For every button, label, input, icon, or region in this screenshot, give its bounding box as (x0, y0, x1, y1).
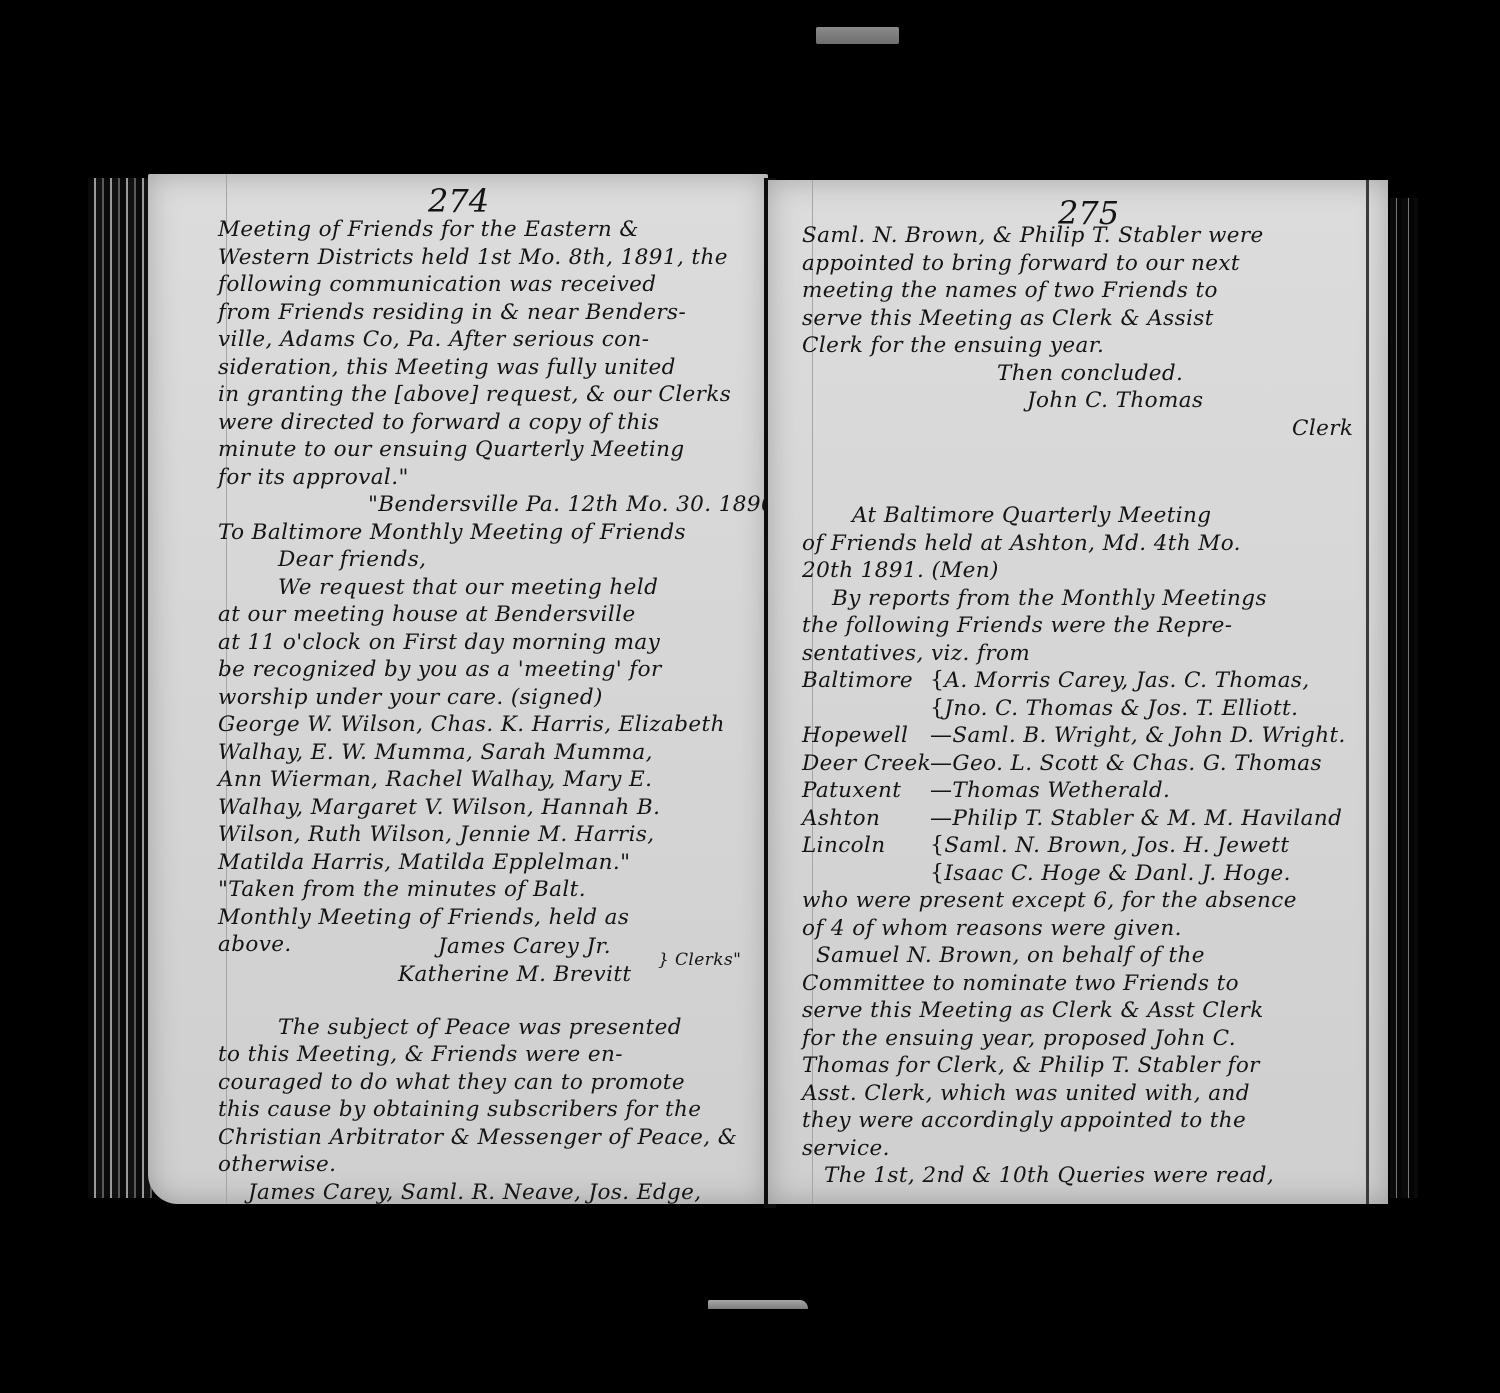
text-line: Christian Arbitrator & Messenger of Peac… (218, 1124, 763, 1152)
representative-names: Saml. N. Brown, Jos. H. Jewett (944, 832, 1372, 860)
letter-address: To Baltimore Monthly Meeting of Friends (218, 519, 763, 547)
text-line: appointed to bring forward to our next (802, 250, 1372, 278)
signatories-line: Matilda Harris, Matilda Epplelman." (218, 849, 763, 877)
clerks-label: } Clerks" (658, 947, 741, 975)
text-line: of 4 of whom reasons were given. (802, 915, 1372, 943)
text-line: We request that our meeting held (218, 574, 763, 602)
representative-names: Jno. C. Thomas & Jos. T. Elliott. (944, 695, 1372, 723)
signatories-line: Wilson, Ruth Wilson, Jennie M. Harris, (218, 821, 763, 849)
representative-names: A. Morris Carey, Jas. C. Thomas, (944, 667, 1372, 695)
text-line: following communication was received (218, 271, 763, 299)
text-line: sideration, this Meeting was fully unite… (218, 354, 763, 382)
page-number-left: 274 (428, 182, 489, 220)
text-line: for its approval." (218, 464, 763, 492)
dash-separator: — (930, 750, 952, 778)
representatives-list: Baltimore { A. Morris Carey, Jas. C. Tho… (802, 667, 1372, 887)
text-line: couraged to do what they can to promote (218, 1069, 763, 1097)
text-line: were directed to forward a copy of this (218, 409, 763, 437)
representative-row: Deer Creek — Geo. L. Scott & Chas. G. Th… (802, 750, 1372, 778)
book-edge-right (1390, 198, 1418, 1198)
monthly-meeting-name (802, 860, 930, 888)
text-line: Meeting of Friends for the Eastern & (218, 216, 763, 244)
representative-names: Geo. L. Scott & Chas. G. Thomas (952, 750, 1372, 778)
scan-bottom-tab (708, 1300, 808, 1309)
text-line: this cause by obtaining subscribers for … (218, 1096, 763, 1124)
text-line: to this Meeting, & Friends were en- (218, 1041, 763, 1069)
text-line: By reports from the Monthly Meetings (802, 585, 1372, 613)
scan-top-tab (816, 27, 899, 44)
brace-separator: { (930, 667, 944, 695)
text-line: from Friends residing in & near Benders- (218, 299, 763, 327)
left-page: 274 Meeting of Friends for the Eastern &… (148, 174, 768, 1204)
brace-separator: { (930, 860, 944, 888)
text-line: serve this Meeting as Clerk & Asst Clerk (802, 997, 1372, 1025)
text-line: Thomas for Clerk, & Philip T. Stabler fo… (802, 1052, 1372, 1080)
book-edge-left (88, 178, 152, 1198)
signatories-line: Walhay, Margaret V. Wilson, Hannah B. (218, 794, 763, 822)
open-ledger-book: 274 Meeting of Friends for the Eastern &… (88, 168, 1418, 1228)
right-page-text: Saml. N. Brown, & Philip T. Stabler were… (802, 222, 1372, 1190)
dash-separator: — (930, 722, 952, 750)
text-line: James Carey, Saml. R. Neave, Jos. Edge, (218, 1179, 763, 1207)
text-line: minute to our ensuing Quarterly Meeting (218, 436, 763, 464)
text-line: The 1st, 2nd & 10th Queries were read, (802, 1162, 1372, 1190)
signatories-line: Ann Wierman, Rachel Walhay, Mary E. (218, 766, 763, 794)
text-line: serve this Meeting as Clerk & Assist (802, 305, 1372, 333)
text-line: Saml. N. Brown, & Philip T. Stabler were (802, 222, 1372, 250)
representative-row: Patuxent — Thomas Wetherald. (802, 777, 1372, 805)
text-line: who were present except 6, for the absen… (802, 887, 1372, 915)
text-line: "Taken from the minutes of Balt. (218, 876, 763, 904)
text-line: Committee to nominate two Friends to (802, 970, 1372, 998)
text-line: be recognized by you as a 'meeting' for (218, 656, 763, 684)
monthly-meeting-name: Baltimore (802, 667, 930, 695)
text-line: in granting the [above] request, & our C… (218, 381, 763, 409)
meeting-heading: At Baltimore Quarterly Meeting (802, 502, 1372, 530)
monthly-meeting-name: Deer Creek (802, 750, 930, 778)
monthly-meeting-name: Patuxent (802, 777, 930, 805)
text-line: Monthly Meeting of Friends, held as (218, 904, 763, 932)
meeting-heading: of Friends held at Ashton, Md. 4th Mo. (802, 530, 1372, 558)
signatories-line: Walhay, E. W. Mumma, Sarah Mumma, (218, 739, 763, 767)
text-line: they were accordingly appointed to the (802, 1107, 1372, 1135)
representative-row: { Jno. C. Thomas & Jos. T. Elliott. (802, 695, 1372, 723)
clerk-signature: John C. Thomas (802, 387, 1372, 415)
section-gap (802, 442, 1372, 502)
right-page: 275 Saml. N. Brown, & Philip T. Stabler … (768, 180, 1388, 1204)
representative-row: Hopewell — Saml. B. Wright, & John D. Wr… (802, 722, 1372, 750)
monthly-meeting-name (802, 695, 930, 723)
representative-row: Lincoln { Saml. N. Brown, Jos. H. Jewett (802, 832, 1372, 860)
dash-separator: — (930, 777, 952, 805)
representative-names: Saml. B. Wright, & John D. Wright. (952, 722, 1372, 750)
representative-names: Thomas Wetherald. (952, 777, 1372, 805)
text-line: the following Friends were the Repre- (802, 612, 1372, 640)
text-line: at 11 o'clock on First day morning may (218, 629, 763, 657)
clerk-title: Clerk (802, 415, 1372, 443)
text-line: ville, Adams Co, Pa. After serious con- (218, 326, 763, 354)
text-line: Clerk for the ensuing year. (802, 332, 1372, 360)
clerks-block: James Carey Jr. Katherine M. Brevitt } C… (218, 959, 763, 1014)
text-line: worship under your care. (signed) (218, 684, 763, 712)
text-line: The subject of Peace was presented (218, 1014, 763, 1042)
letter-dateline: "Bendersville Pa. 12th Mo. 30. 1890 (218, 491, 763, 519)
clerk-name: James Carey Jr. (438, 933, 611, 961)
text-line: Asst. Clerk, which was united with, and (802, 1080, 1372, 1108)
representative-row: { Isaac C. Hoge & Danl. J. Hoge. (802, 860, 1372, 888)
representative-names: Philip T. Stabler & M. M. Haviland (952, 805, 1372, 833)
clerk-name: Katherine M. Brevitt (398, 961, 631, 989)
meeting-heading: 20th 1891. (Men) (802, 557, 1372, 585)
text-line: for the ensuing year, proposed John C. (802, 1025, 1372, 1053)
representative-row: Ashton — Philip T. Stabler & M. M. Havil… (802, 805, 1372, 833)
closing-line: Then concluded. (802, 360, 1372, 388)
left-page-text: Meeting of Friends for the Eastern & Wes… (218, 216, 763, 1206)
text-line: at our meeting house at Bendersville (218, 601, 763, 629)
text-line: Samuel N. Brown, on behalf of the (802, 942, 1372, 970)
dash-separator: — (930, 805, 952, 833)
text-line: Western Districts held 1st Mo. 8th, 1891… (218, 244, 763, 272)
monthly-meeting-name: Ashton (802, 805, 930, 833)
text-line: otherwise. (218, 1151, 763, 1179)
representative-row: Baltimore { A. Morris Carey, Jas. C. Tho… (802, 667, 1372, 695)
text-line: service. (802, 1135, 1372, 1163)
text-line: meeting the names of two Friends to (802, 277, 1372, 305)
representative-names: Isaac C. Hoge & Danl. J. Hoge. (944, 860, 1372, 888)
monthly-meeting-name: Lincoln (802, 832, 930, 860)
brace-separator: { (930, 695, 944, 723)
brace-separator: { (930, 832, 944, 860)
monthly-meeting-name: Hopewell (802, 722, 930, 750)
letter-salutation: Dear friends, (218, 546, 763, 574)
text-line: sentatives, viz. from (802, 640, 1372, 668)
signatories-line: George W. Wilson, Chas. K. Harris, Eliza… (218, 711, 763, 739)
